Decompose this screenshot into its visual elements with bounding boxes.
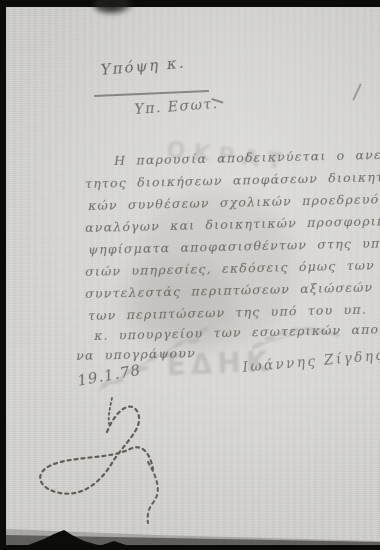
paper-sheet: ΟΚΡΑΤ ΕΔΗΚ Υπόψη κ. Υπ. Εσωτ. Η παρουσία…: [6, 7, 380, 545]
scanned-document: ΟΚΡΑΤ ΕΔΗΚ Υπόψη κ. Υπ. Εσωτ. Η παρουσία…: [0, 0, 380, 550]
signature-flourish-and-scan-shadow: [6, 7, 380, 545]
signature-flourish: [40, 398, 158, 523]
bottom-scan-shadow: [6, 529, 380, 545]
